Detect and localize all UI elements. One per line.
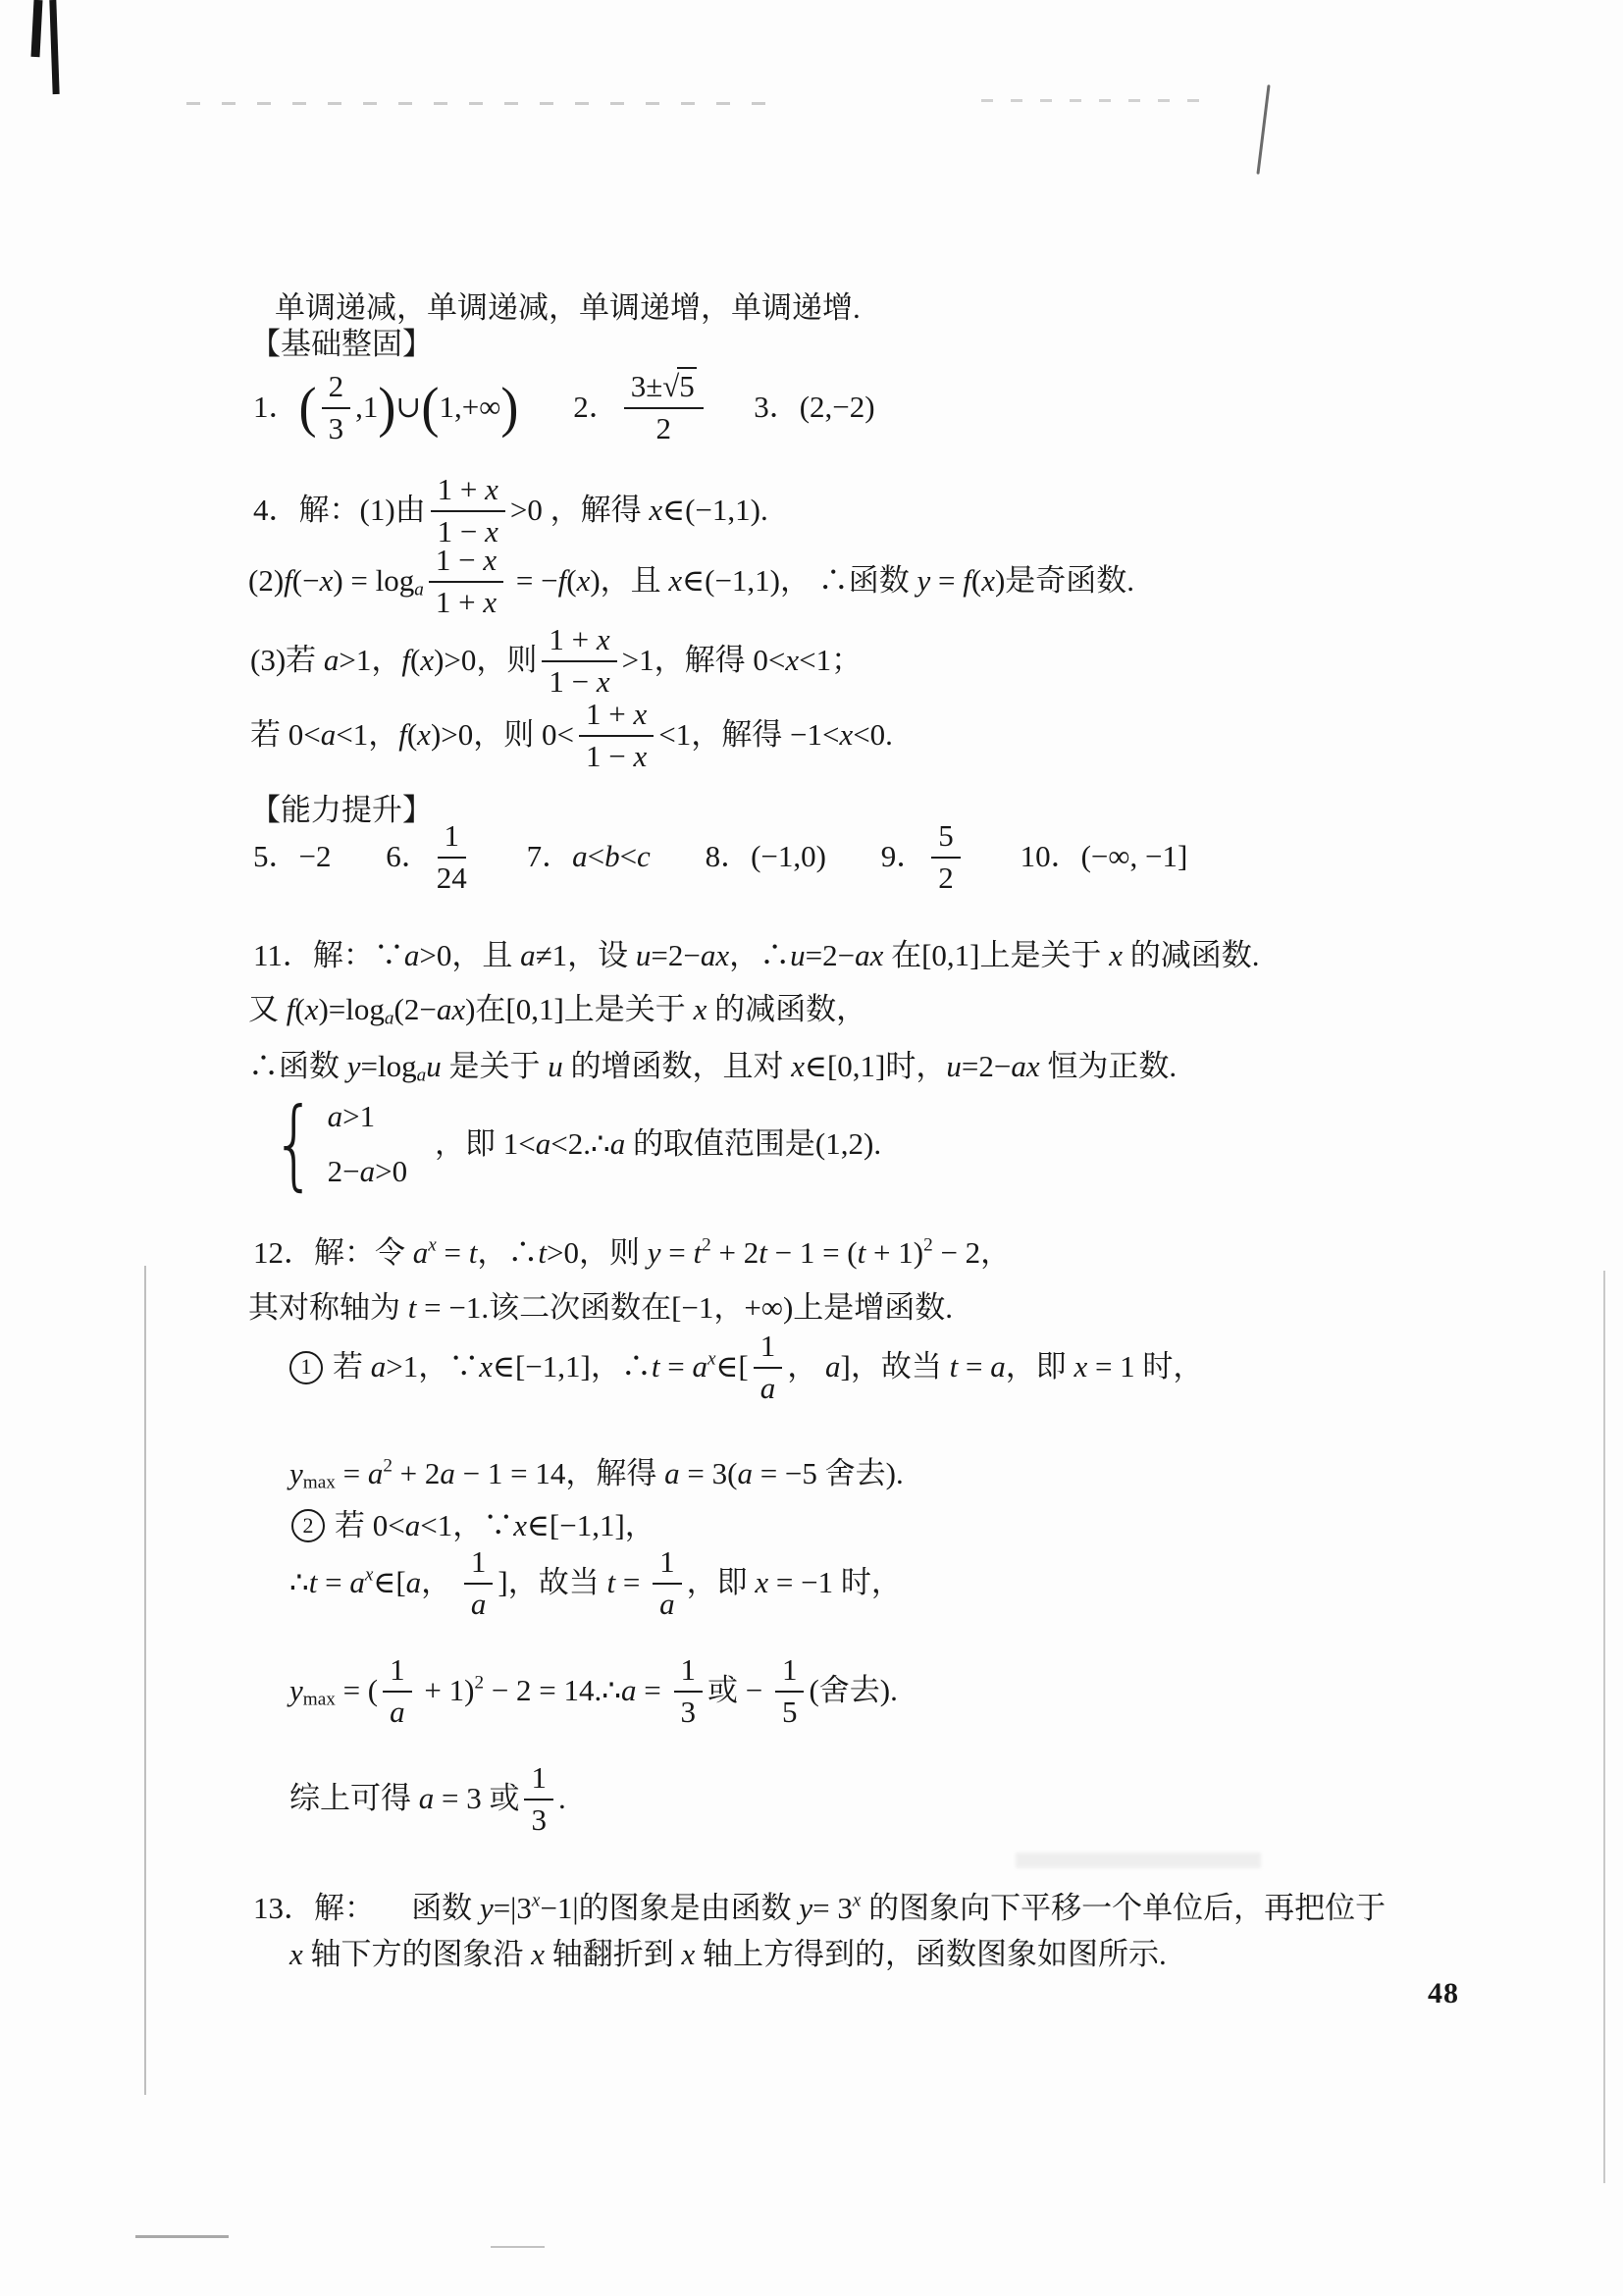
text-run: a bbox=[413, 1233, 429, 1273]
text-run: ∴ bbox=[289, 1563, 309, 1602]
superscript: x bbox=[532, 1891, 541, 1909]
text-run: ， bbox=[787, 1347, 825, 1386]
fraction: 23 bbox=[322, 371, 351, 444]
text-run: ≠1，设 bbox=[536, 936, 636, 975]
big-paren: ( bbox=[299, 380, 317, 436]
text-run: 的图象向下平移一个单位后，再把位于 bbox=[861, 1889, 1386, 1928]
text-run: >1 bbox=[342, 1099, 375, 1133]
answers-5-10: 5．−26．1247．a<b<c8．(−1,0)9．5210．(−∞, −1] bbox=[253, 820, 1187, 894]
text-run: = 3 bbox=[812, 1889, 853, 1928]
text-run: a bbox=[321, 715, 337, 755]
superscript: x bbox=[853, 1891, 862, 1909]
fraction-numerator: 1 − x bbox=[429, 545, 503, 583]
text-run: x bbox=[420, 641, 434, 680]
text-run: = bbox=[930, 561, 963, 600]
scan-artifact-top-dashes-2 bbox=[981, 99, 1212, 102]
text-run: a bbox=[692, 1347, 707, 1386]
text-run: <1，解得 −1< bbox=[658, 715, 839, 755]
text-run: ，∴ bbox=[477, 1233, 538, 1273]
scan-artifact-top-left-mark-2 bbox=[49, 0, 59, 94]
fraction-denominator: 3 bbox=[531, 1800, 547, 1837]
text-run: a bbox=[737, 1454, 753, 1493]
scan-artifact-top-dashes-1 bbox=[186, 102, 785, 105]
text-run: 6． bbox=[386, 837, 432, 876]
text-run: x bbox=[785, 641, 799, 680]
fraction-numerator: 1 bbox=[438, 820, 467, 859]
text-run: =2− bbox=[651, 936, 700, 975]
text-run: a bbox=[471, 1587, 487, 1621]
subscript: a bbox=[385, 1009, 394, 1027]
text-run: = − bbox=[508, 561, 557, 600]
superscript: 2 bbox=[474, 1673, 484, 1692]
text-run: ax bbox=[855, 936, 883, 975]
fraction: 13 bbox=[524, 1762, 553, 1836]
text-run: u bbox=[426, 1047, 442, 1086]
text-run: c bbox=[637, 837, 651, 876]
text-run: = bbox=[661, 1233, 694, 1273]
text-run: ∈[0,1]时， bbox=[805, 1047, 946, 1086]
text-run: <0. bbox=[853, 715, 893, 755]
text-run: 轴上方得到的，函数图象如图所示. bbox=[695, 1935, 1167, 1974]
text-run: y bbox=[648, 1233, 661, 1273]
text-run: = −5 舍去). bbox=[753, 1454, 904, 1493]
text-run: >0 bbox=[375, 1154, 407, 1188]
fraction-numerator: 1 bbox=[464, 1546, 494, 1585]
fraction: 124 bbox=[437, 820, 467, 894]
text-run: 12．解：令 bbox=[253, 1233, 413, 1273]
text-run: −1|的图象是由函数 bbox=[540, 1889, 799, 1928]
text-run: ，∴ bbox=[729, 936, 790, 975]
text-run: ( bbox=[410, 641, 420, 680]
fraction: 15 bbox=[775, 1654, 805, 1728]
text-run: a bbox=[419, 1779, 435, 1818]
text-run: x bbox=[577, 561, 591, 600]
text-run: =2− bbox=[806, 936, 855, 975]
text-run: < bbox=[620, 837, 637, 876]
text-run: 1 + bbox=[436, 585, 483, 619]
text-run: . bbox=[558, 1779, 566, 1818]
fraction-denominator: 1 − x bbox=[586, 737, 647, 773]
text-run: ]，故当 bbox=[841, 1347, 950, 1386]
fraction: 1 + x1 − x bbox=[579, 699, 654, 772]
text-run: u bbox=[548, 1047, 563, 1086]
text-run: ∈(−1,1)， ∴函数 bbox=[682, 561, 916, 600]
text-run: 3± bbox=[631, 369, 663, 403]
text-run: < bbox=[588, 837, 604, 876]
fraction-numerator: 1 + x bbox=[431, 474, 505, 512]
text-run: a bbox=[360, 1154, 376, 1188]
text-run: 恒为正数. bbox=[1040, 1047, 1178, 1086]
text-run: a bbox=[371, 1347, 387, 1386]
circled-number: 1 bbox=[289, 1351, 323, 1384]
cases-system: {a>12−a>0 bbox=[263, 1097, 407, 1192]
circled-number: 2 bbox=[291, 1509, 325, 1542]
text-run: 轴下方的图象沿 bbox=[303, 1935, 532, 1974]
text-run: ∪ bbox=[395, 388, 421, 427]
text-run: f bbox=[287, 990, 295, 1029]
text-run: <1； bbox=[799, 641, 862, 680]
text-run: f bbox=[284, 561, 292, 600]
cases-row: a>1 bbox=[328, 1097, 407, 1136]
answer-11-line2: 又 f(x)=loga(2−ax)在[0,1]上是关于 x 的减函数， bbox=[248, 990, 866, 1029]
text-run: 1 − bbox=[436, 543, 483, 577]
text-run: ，即 bbox=[687, 1563, 756, 1602]
text-run: x bbox=[479, 1347, 493, 1386]
text-run: = bbox=[437, 1233, 469, 1273]
fraction: 3±√52 bbox=[624, 371, 704, 444]
text-run: a bbox=[349, 1563, 365, 1602]
fraction-denominator: a bbox=[390, 1693, 405, 1729]
text-run: + 2 bbox=[393, 1454, 440, 1493]
fraction-numerator: 5 bbox=[931, 820, 961, 859]
text-run: t bbox=[858, 1233, 866, 1273]
fraction-numerator: 1 bbox=[524, 1762, 553, 1800]
text-run: = 3( bbox=[680, 1454, 738, 1493]
text-run: 是关于 bbox=[442, 1047, 549, 1086]
text-run: ) = log bbox=[333, 561, 414, 600]
text-run: a bbox=[328, 1099, 343, 1133]
text-run: = bbox=[637, 1671, 669, 1710]
text-run: ∈[−1,1]， bbox=[527, 1506, 655, 1545]
text-run: t bbox=[538, 1233, 547, 1273]
text-run: a bbox=[990, 1347, 1006, 1386]
radical-sign: √ bbox=[662, 369, 677, 403]
text-run: 的增函数，且对 bbox=[563, 1047, 792, 1086]
text-run: )=log bbox=[318, 990, 384, 1029]
text-run: ∴函数 bbox=[248, 1047, 347, 1086]
text-run: )是奇函数. bbox=[995, 561, 1134, 600]
text-run: ]，故当 bbox=[497, 1563, 606, 1602]
text-run: a bbox=[405, 1506, 421, 1545]
text-run: x bbox=[483, 585, 497, 619]
text-run: f bbox=[963, 561, 971, 600]
text-run: )>0，则 0< bbox=[431, 715, 574, 755]
text-run: 的减函数. bbox=[1123, 936, 1260, 975]
text-run: (− bbox=[292, 561, 320, 600]
fraction: 1a bbox=[653, 1546, 682, 1620]
text-run: 1 + bbox=[586, 697, 633, 731]
text-run: = bbox=[317, 1563, 349, 1602]
scan-artifact-left-edge bbox=[144, 1266, 146, 2095]
text-run: 又 bbox=[248, 990, 287, 1029]
text-run: f bbox=[558, 561, 567, 600]
text-run: 4．解：(1)由 bbox=[253, 491, 426, 530]
text-run: = bbox=[336, 1454, 368, 1493]
answer-11-line3: ∴函数 y=logau 是关于 u 的增函数，且对 x∈[0,1]时，u=2−a… bbox=[248, 1047, 1177, 1086]
cases-rows: a>12−a>0 bbox=[328, 1097, 407, 1192]
text-run: a bbox=[406, 1563, 422, 1602]
radicand: 5 bbox=[677, 367, 697, 403]
text-run: a bbox=[520, 936, 536, 975]
text-run: 1 + bbox=[549, 622, 596, 656]
text-run: 若 0< bbox=[250, 715, 321, 755]
text-run: <1， bbox=[336, 715, 398, 755]
text-run: y bbox=[289, 1454, 303, 1493]
text-run: b bbox=[604, 837, 620, 876]
text-run: >0 ，解得 bbox=[510, 491, 649, 530]
superscript: x bbox=[707, 1349, 716, 1368]
text-run: − 1 = ( bbox=[767, 1233, 858, 1273]
text-run: x bbox=[513, 1506, 527, 1545]
text-run: t bbox=[652, 1347, 660, 1386]
text-run: =|3 bbox=[494, 1889, 532, 1928]
text-run: <1，∵ bbox=[420, 1506, 513, 1545]
fraction: 1a bbox=[754, 1331, 783, 1404]
fraction-numerator: 1 bbox=[754, 1331, 783, 1369]
text-run: a bbox=[390, 1695, 405, 1729]
fraction-numerator: 1 bbox=[674, 1654, 704, 1693]
text-run: x bbox=[694, 990, 707, 1029]
text-run: + 2 bbox=[711, 1233, 759, 1273]
answer-12-line2: 其对称轴为 t = −1.该二次函数在[−1，+∞)上是增函数. bbox=[248, 1288, 953, 1328]
text-run: 3．(2,−2) bbox=[754, 388, 874, 427]
text-run: >1，解得 0< bbox=[622, 641, 786, 680]
answer-4-part2: (2)f(−x) = loga1 − x1 + x = −f(x)，且 x∈(−… bbox=[248, 545, 1134, 618]
text-run: = bbox=[659, 1347, 692, 1386]
text-run: u bbox=[790, 936, 806, 975]
text-run: 的减函数， bbox=[707, 990, 866, 1029]
fraction: 1a bbox=[383, 1654, 412, 1728]
text-run: ax bbox=[437, 990, 465, 1029]
fraction-denominator: 1 + x bbox=[436, 583, 497, 619]
text-run: )>0，则 bbox=[434, 641, 537, 680]
text-run: x bbox=[649, 491, 662, 530]
text-run: ， bbox=[421, 1563, 459, 1602]
answer-12-conclusion: 综上可得 a = 3 或13. bbox=[289, 1762, 566, 1836]
text-run: 2− bbox=[328, 1154, 360, 1188]
text-run: = bbox=[615, 1563, 648, 1602]
text-run: 轴翻折到 bbox=[545, 1935, 682, 1974]
text-run: ( bbox=[407, 715, 417, 755]
big-paren: ( bbox=[421, 380, 439, 436]
text-run: u bbox=[946, 1047, 962, 1086]
text-run: (2) bbox=[248, 561, 284, 600]
text-run: = bbox=[958, 1347, 990, 1386]
fraction-numerator: 1 bbox=[383, 1654, 412, 1693]
text-run: x bbox=[320, 561, 334, 600]
text-run: 1 − bbox=[549, 664, 596, 699]
fraction-denominator: 5 bbox=[782, 1693, 798, 1729]
text-run: x bbox=[531, 1935, 545, 1974]
text-run: a bbox=[440, 1454, 455, 1493]
text-run: ∈[ bbox=[715, 1347, 748, 1386]
text-run: 单调递减，单调递减，单调递增，单调递增. bbox=[275, 288, 861, 328]
scan-artifact-bottom-tick-1 bbox=[135, 2235, 229, 2238]
text-run: + 1) bbox=[417, 1671, 475, 1710]
superscript: 2 bbox=[383, 1456, 393, 1475]
text-run: 若 0< bbox=[335, 1506, 405, 1545]
text-run: )在[0,1]上是关于 bbox=[465, 990, 693, 1029]
text-run: =log bbox=[361, 1047, 417, 1086]
fraction-numerator: 1 + x bbox=[542, 624, 616, 662]
text-run: t bbox=[408, 1288, 417, 1328]
fraction-denominator: a bbox=[760, 1369, 776, 1405]
fraction: 52 bbox=[931, 820, 961, 894]
fraction-numerator: 1 bbox=[653, 1546, 682, 1585]
text-run: x bbox=[483, 543, 497, 577]
text-run: − 2， bbox=[933, 1233, 1011, 1273]
fraction: 1 − x1 + x bbox=[429, 545, 503, 618]
fraction-numerator: 3±√5 bbox=[624, 371, 704, 409]
text-run: x bbox=[1073, 1347, 1087, 1386]
text-run: x bbox=[485, 472, 498, 506]
text-run: t bbox=[694, 1233, 703, 1273]
text-run: =2− bbox=[962, 1047, 1011, 1086]
text-run: ∈[ bbox=[373, 1563, 405, 1602]
subscript: max bbox=[303, 1473, 336, 1491]
fraction: 1 + x1 − x bbox=[431, 474, 505, 548]
text-run: a bbox=[621, 1671, 637, 1710]
text-run: ax bbox=[701, 936, 729, 975]
text-run: (3)若 bbox=[250, 641, 324, 680]
text-run: a bbox=[368, 1454, 384, 1493]
answer-13-line1: 13．解：函数 y=|3x−1|的图象是由函数 y= 3x 的图象向下平移一个单… bbox=[253, 1889, 1386, 1928]
text-run: u bbox=[636, 936, 652, 975]
text-run: x bbox=[633, 739, 647, 773]
text-run: − 1 = 14，解得 bbox=[455, 1454, 664, 1493]
text-run: (舍去). bbox=[809, 1671, 897, 1710]
text-run: t bbox=[309, 1563, 318, 1602]
text-run: x bbox=[417, 715, 431, 755]
answers-1-3: 1．(23,1)∪(1,+∞)2．3±√523．(2,−2) bbox=[253, 371, 875, 444]
monotonicity-answers: 单调递减，单调递减，单调递增，单调递增. bbox=[275, 288, 861, 328]
text-run: + 1) bbox=[865, 1233, 923, 1273]
text-run: ( bbox=[971, 561, 981, 600]
text-run: ，即 bbox=[1006, 1347, 1074, 1386]
text-run: y bbox=[799, 1889, 812, 1928]
text-run: 函数 bbox=[411, 1889, 480, 1928]
page-number: 48 bbox=[1428, 1977, 1459, 2010]
scan-artifact-right-edge bbox=[1603, 1271, 1605, 2183]
text-run: a bbox=[664, 1454, 680, 1493]
answer-11-line1: 11．解：∵a>0，且 a≠1，设 u=2−ax，∴u=2−ax 在[0,1]上… bbox=[253, 936, 1260, 975]
text-run: ∈[−1,1]，∴ bbox=[493, 1347, 652, 1386]
sqrt-radical: √5 bbox=[662, 367, 697, 403]
cases-brace: { bbox=[273, 1099, 317, 1189]
text-run: 其对称轴为 bbox=[248, 1288, 408, 1328]
text-run: = 1 时， bbox=[1087, 1347, 1203, 1386]
text-run: 9． bbox=[881, 837, 927, 876]
text-run: x bbox=[597, 622, 610, 656]
text-run: = ( bbox=[336, 1671, 378, 1710]
text-run: ∈(−1,1). bbox=[662, 491, 768, 530]
text-run: 11．解：∵ bbox=[253, 936, 404, 975]
answer-11-cases: {a>12−a>0，即 1<a<2.∴a 的取值范围是(1,2). bbox=[263, 1097, 881, 1192]
superscript: x bbox=[365, 1565, 374, 1584]
text-run: a bbox=[610, 1124, 626, 1164]
text-run: a bbox=[324, 641, 340, 680]
text-run: (2− bbox=[394, 990, 437, 1029]
big-paren: ) bbox=[500, 380, 518, 436]
text-run: 1,+∞ bbox=[439, 388, 500, 427]
subscript: a bbox=[417, 1066, 427, 1084]
subscript: a bbox=[414, 581, 424, 600]
text-run: a bbox=[760, 1371, 776, 1405]
text-run: )，且 bbox=[590, 561, 668, 600]
scan-artifact-top-right-tick bbox=[1256, 84, 1270, 175]
superscript: x bbox=[428, 1235, 437, 1254]
text-run: 10．(−∞, −1] bbox=[1021, 837, 1188, 876]
fraction: 13 bbox=[674, 1654, 704, 1728]
answer-12-case2-line1: 2若 0<a<1，∵x∈[−1,1]， bbox=[291, 1506, 655, 1545]
text-run: x bbox=[633, 697, 647, 731]
superscript: 2 bbox=[923, 1235, 933, 1254]
text-run: a bbox=[572, 837, 588, 876]
text-run: >1， bbox=[339, 641, 401, 680]
text-run: 1 − bbox=[586, 739, 633, 773]
text-run: 5．−2 bbox=[253, 837, 331, 876]
answer-12-case2-line2: ∴t = ax∈[a， 1a]，故当 t = 1a，即 x = −1 时， bbox=[289, 1546, 902, 1620]
fraction-numerator: 1 bbox=[775, 1654, 805, 1693]
text-run: <2.∴ bbox=[550, 1124, 609, 1164]
text-run: 【基础整固】 bbox=[250, 325, 433, 364]
text-run: ,1 bbox=[355, 388, 378, 427]
text-run: 或 − bbox=[707, 1671, 770, 1710]
text-run: y bbox=[480, 1889, 494, 1928]
text-run: − 2 = 14.∴ bbox=[484, 1671, 621, 1710]
text-run: y bbox=[917, 561, 931, 600]
scanned-answer-page: 单调递减，单调递减，单调递增，单调递增.【基础整固】1．(23,1)∪(1,+∞… bbox=[0, 0, 1623, 2296]
answer-12-case1-line2: ymax = a2 + 2a − 1 = 14，解得 a = 3(a = −5 … bbox=[289, 1454, 904, 1493]
fraction-denominator: 2 bbox=[655, 409, 671, 445]
text-run: x bbox=[597, 664, 610, 699]
fraction-denominator: 1 − x bbox=[549, 662, 609, 699]
text-run: x bbox=[1109, 936, 1123, 975]
subscript: max bbox=[303, 1691, 336, 1709]
text-run: ，即 1< bbox=[435, 1124, 536, 1164]
text-run: a bbox=[659, 1587, 675, 1621]
text-run: ax bbox=[1011, 1047, 1039, 1086]
text-run: x bbox=[755, 1563, 768, 1602]
cases-row: 2−a>0 bbox=[328, 1152, 407, 1191]
scan-artifact-top-left-mark-1 bbox=[30, 0, 42, 57]
text-run: 1 + bbox=[438, 472, 485, 506]
text-run: >1，∵ bbox=[386, 1347, 479, 1386]
fraction-denominator: 2 bbox=[938, 859, 954, 895]
superscript: 2 bbox=[702, 1235, 711, 1254]
text-run: x bbox=[305, 990, 319, 1029]
text-run: f bbox=[401, 641, 410, 680]
fraction-denominator: 3 bbox=[329, 409, 344, 445]
text-run: x bbox=[981, 561, 995, 600]
text-run: 综上可得 bbox=[289, 1779, 419, 1818]
text-run: = −1 时， bbox=[768, 1563, 902, 1602]
answer-12-case1-line1: 1若 a>1，∵x∈[−1,1]，∴t = ax∈[1a， a]，故当 t = … bbox=[289, 1331, 1203, 1404]
answer-4-part4: 若 0<a<1，f(x)>0，则 0<1 + x1 − x<1，解得 −1<x<… bbox=[250, 699, 893, 772]
text-run: 在[0,1]上是关于 bbox=[883, 936, 1109, 975]
fraction-denominator: 24 bbox=[437, 859, 467, 895]
fraction-denominator: a bbox=[659, 1585, 675, 1621]
text-run: a bbox=[536, 1124, 551, 1164]
text-run: ( bbox=[566, 561, 576, 600]
text-run: y bbox=[289, 1671, 303, 1710]
text-run: x bbox=[682, 1935, 696, 1974]
answer-12-case2-line3: ymax = (1a + 1)2 − 2 = 14.∴a = 13或 − 15(… bbox=[289, 1654, 898, 1728]
fraction: 1a bbox=[464, 1546, 494, 1620]
text-run: t bbox=[606, 1563, 615, 1602]
fraction: 1 + x1 − x bbox=[542, 624, 616, 698]
text-run: t bbox=[469, 1233, 478, 1273]
text-run: x bbox=[668, 561, 682, 600]
answer-12-line1: 12．解：令 ax = t，∴t>0，则 y = t2 + 2t − 1 = (… bbox=[253, 1233, 1011, 1273]
text-run: ( bbox=[294, 990, 304, 1029]
answer-13-line2: x 轴下方的图象沿 x 轴翻折到 x 轴上方得到的，函数图象如图所示. bbox=[289, 1935, 1167, 1974]
big-paren: ) bbox=[378, 380, 395, 436]
text-run: f bbox=[398, 715, 407, 755]
text-run: x bbox=[839, 715, 853, 755]
text-run: a bbox=[825, 1347, 841, 1386]
text-run: 的取值范围是(1,2). bbox=[625, 1124, 881, 1164]
